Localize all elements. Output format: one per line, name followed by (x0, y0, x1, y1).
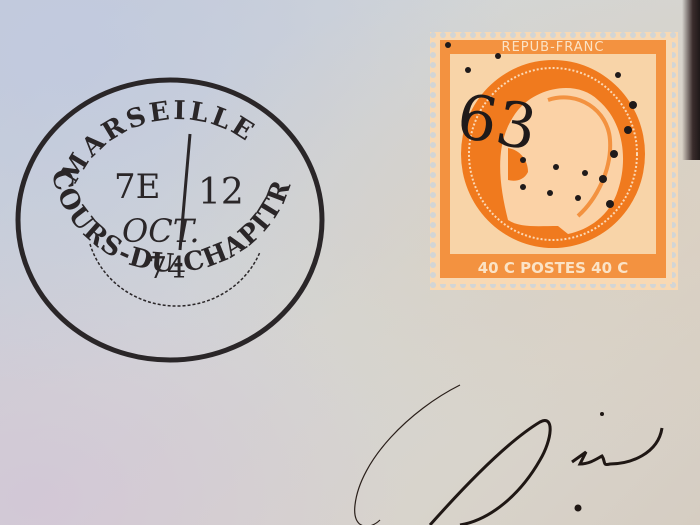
stamp-bottom-label: 40 C POSTES 40 C (478, 259, 628, 277)
postmark-year: 74 (148, 251, 186, 286)
postmark-collection: 7E (114, 167, 160, 207)
ceres-stamp: REPUB-FRANC 40 C POSTES 40 C 63 (428, 30, 680, 292)
circular-date-postmark: MARSEILLE COURS-DU-CHAPITRE 7E 12 OCT. 7… (12, 72, 332, 368)
table-edge-shadow (682, 0, 700, 160)
handwritten-address: Qie (340, 380, 700, 525)
postmark-day: 12 (198, 172, 244, 213)
stamp-cancel-number: 63 (452, 79, 542, 165)
stamp-top-label: REPUB-FRANC (502, 40, 605, 55)
handwriting-text: Qie (340, 380, 342, 381)
postmark-month: OCT. (122, 212, 200, 250)
